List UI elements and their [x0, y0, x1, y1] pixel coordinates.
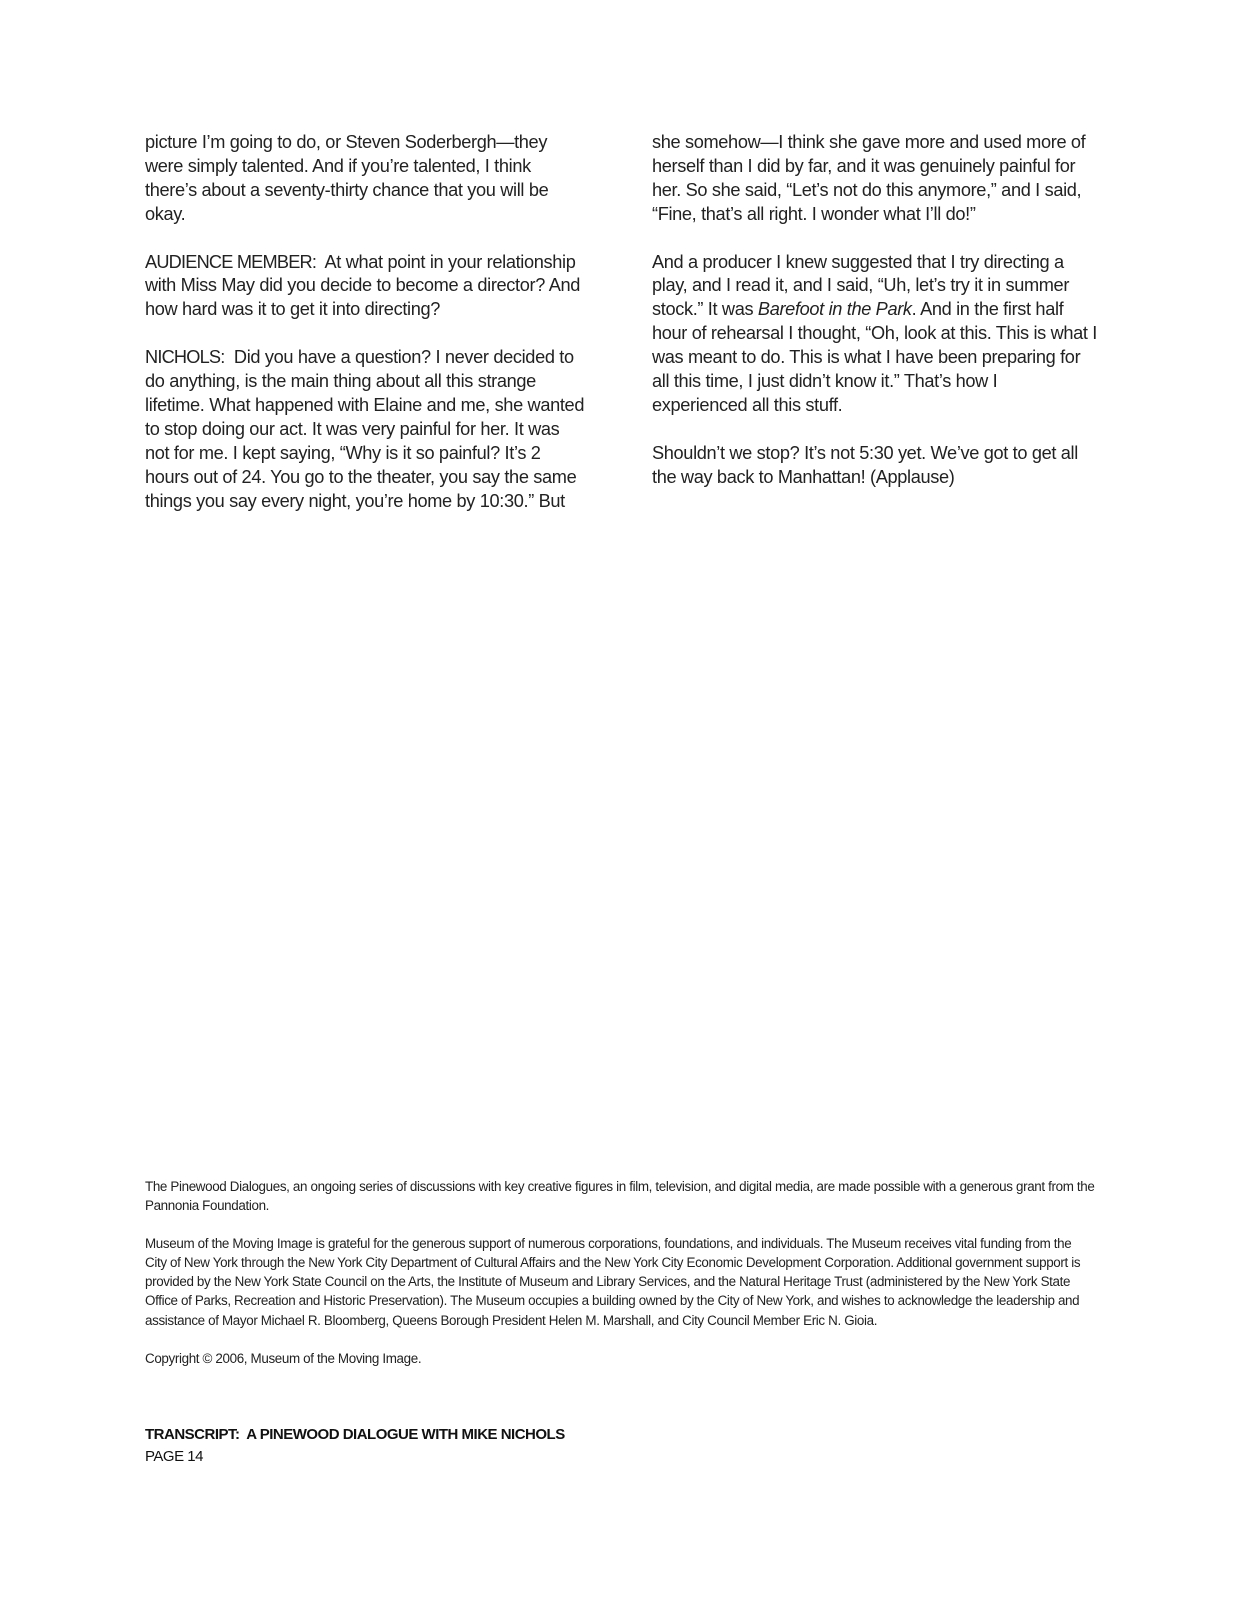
speaker-label-nichols: NICHOLS:: [145, 347, 225, 367]
paragraph-closing: Shouldn’t we stop? It’s not 5:30 yet. We…: [652, 442, 1097, 490]
answer-text: Did you have a question? I never decided…: [145, 347, 584, 510]
footer-title: TRANSCRIPT: A PINEWOOD DIALOGUE WITH MIK…: [145, 1426, 565, 1444]
paragraph-elaine: she somehow—I think she gave more and us…: [652, 131, 1097, 227]
copyright-note: Copyright © 2006, Museum of the Moving I…: [145, 1349, 1095, 1368]
paragraph-nichols-answer: NICHOLS: Did you have a question? I neve…: [145, 346, 585, 513]
paragraph-audience-question: AUDIENCE MEMBER: At what point in your r…: [145, 251, 585, 323]
right-column: she somehow—I think she gave more and us…: [652, 131, 1097, 513]
speaker-label-audience: AUDIENCE MEMBER:: [145, 252, 316, 272]
paragraph-barefoot: And a producer I knew suggested that I t…: [652, 251, 1097, 418]
funding-note: The Pinewood Dialogues, an ongoing serie…: [145, 1177, 1095, 1215]
left-column: picture I’m going to do, or Steven Soder…: [145, 131, 585, 537]
support-note: Museum of the Moving Image is grateful f…: [145, 1234, 1095, 1329]
play-title: Barefoot in the Park: [758, 299, 912, 319]
paragraph-talent: picture I’m going to do, or Steven Soder…: [145, 131, 585, 227]
page-number: PAGE 14: [145, 1448, 203, 1466]
footnotes: The Pinewood Dialogues, an ongoing serie…: [145, 1177, 1095, 1387]
